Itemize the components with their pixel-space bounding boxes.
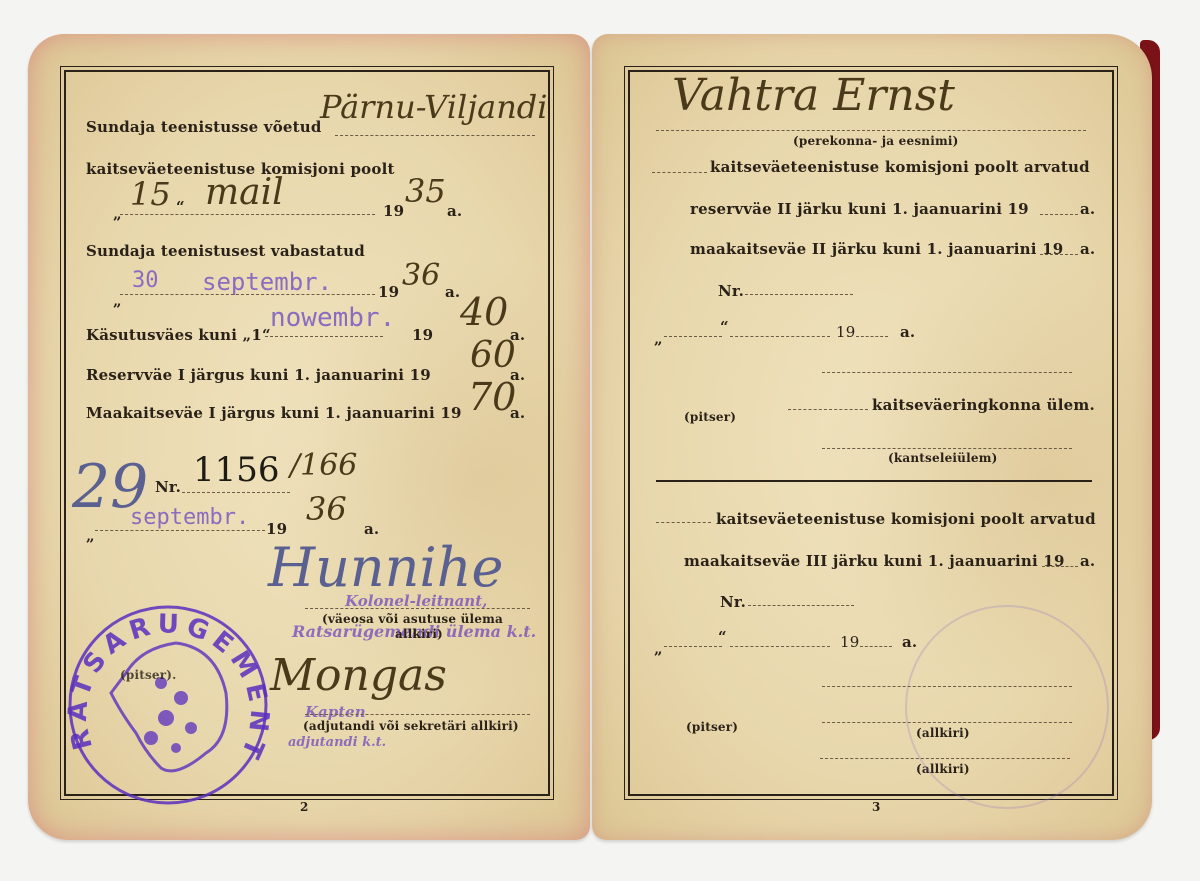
date2-line: [120, 294, 375, 295]
reserve-active-year-prefix: 19: [412, 326, 433, 344]
name-caption: (perekonna- ja eesnimi): [793, 134, 959, 148]
nr2-label: Nr.: [720, 593, 746, 611]
district-commander-title: kaitseväeringkonna ülem.: [872, 396, 1095, 414]
faint-seal: [905, 605, 1109, 809]
homeguard3-line: [1042, 566, 1078, 567]
release-label: Sundaja teenistusest vabastatud: [86, 242, 365, 260]
commission2-line: [656, 522, 711, 523]
date2-day: 30: [132, 268, 159, 293]
commission1-label: kaitseväeteenistuse komisjoni poolt arva…: [710, 158, 1090, 176]
date1-day: 15: [130, 175, 171, 213]
open-quote: „: [86, 527, 95, 545]
section-divider: [656, 480, 1092, 482]
reserve-active-label: Käsutusväes kuni „1“: [86, 326, 271, 344]
date1-year-prefix: 19: [836, 323, 856, 341]
reserve2-line: [1040, 214, 1078, 215]
service-entry-value: Pärnu-Viljandi: [320, 88, 548, 126]
commander-caption-2: allkiri): [395, 627, 443, 641]
reserve2-label: reservväe II järku kuni 1. jaanuarini 19: [690, 200, 1029, 218]
homeguard2-label: maakaitseväe II järku kuni 1. jaanuarini…: [690, 240, 1063, 258]
reserve-active-month: nowembr.: [270, 303, 395, 333]
open-quote: „: [654, 330, 663, 348]
regiment-seal: RATSARUGEMENT: [66, 603, 271, 808]
open-quote: „: [654, 640, 663, 658]
date2-year-prefix: 19: [840, 633, 860, 651]
reserve-active-line: [265, 336, 383, 337]
homeguard2-line: [1040, 254, 1078, 255]
district-line: [788, 409, 868, 410]
issue-year: 36: [306, 490, 347, 528]
seal-icon: RATSARUGEMENT: [66, 603, 271, 808]
commission1-line: [652, 172, 707, 173]
homeguard2-a: a.: [1080, 240, 1095, 258]
name-line: [656, 130, 1086, 131]
date2-year-line: [860, 646, 892, 647]
issue-line: [95, 530, 265, 531]
nr1-line: [745, 294, 853, 295]
service-entry-label: Sundaja teenistusse võetud: [86, 118, 322, 136]
date2-year-prefix: 19: [378, 283, 399, 301]
date1-day-line: [664, 336, 722, 337]
issue-month: septembr.: [130, 505, 249, 530]
date1-line: [120, 214, 375, 215]
page-number-right: 3: [872, 800, 880, 814]
reserve1-year: 60: [470, 335, 516, 376]
date1-month: mail: [205, 172, 284, 213]
nr-line: [182, 492, 290, 493]
date2-month-line: [730, 646, 830, 647]
commander-line: [305, 608, 530, 609]
seal1-caption: (pitser): [684, 410, 736, 424]
seal2-caption: (pitser): [686, 720, 738, 734]
nr-label: Nr.: [155, 478, 181, 496]
date2-a: a.: [902, 633, 917, 651]
nr2-line: [748, 605, 854, 606]
adjutant-stamp-title: adjutandi k.t.: [288, 735, 386, 750]
date2-month: septembr.: [202, 268, 332, 296]
date1-a: a.: [900, 323, 915, 341]
homeguard1-label: Maakaitseväe I järgus kuni 1. jaanuarini…: [86, 404, 462, 422]
date2-day-line: [664, 646, 722, 647]
homeguard3-label: maakaitseväe III järku kuni 1. jaanuarin…: [684, 552, 1065, 570]
reserve2-a: a.: [1080, 200, 1095, 218]
date2-a: a.: [445, 283, 460, 301]
reserve-active-year: 40: [460, 290, 508, 334]
adjutant-line: [305, 714, 530, 715]
date1-year: 35: [405, 172, 446, 210]
close-quote: “: [720, 318, 729, 336]
commander-signature: Hunnihe: [268, 536, 503, 599]
commission2-label: kaitseväeteenistuse komisjoni poolt arva…: [716, 510, 1096, 528]
homeguard1-a: a.: [510, 404, 525, 422]
chancellery-caption: (kantseleiülem): [888, 451, 997, 465]
date1-month-line: [730, 336, 830, 337]
chancellery-line: [822, 448, 1072, 449]
service-entry-line: [335, 135, 535, 136]
date1-year-line: [856, 336, 888, 337]
nr1-label: Nr.: [718, 282, 744, 300]
adjutant-caption: (adjutandi või sekretäri allkiri): [303, 719, 519, 733]
reserve1-label: Reservväe I järgus kuni 1. jaanuarini 19: [86, 366, 431, 384]
holder-name: Vahtra Ernst: [672, 70, 955, 121]
adjutant-signature: Mongas: [270, 650, 447, 701]
nr-suffix: /166: [290, 448, 357, 483]
svg-text:RATSARUGEMENT: RATSARUGEMENT: [66, 609, 271, 768]
close-quote: “: [718, 628, 727, 646]
date1-a: a.: [447, 202, 462, 220]
commander-line: [822, 372, 1072, 373]
seal-caption: (pitser).: [120, 668, 177, 682]
date2-year: 36: [402, 258, 440, 293]
homeguard3-a: a.: [1080, 552, 1095, 570]
nr-value: 1156: [193, 450, 280, 490]
page-number-left: 2: [300, 800, 308, 814]
date1-year-prefix: 19: [383, 202, 404, 220]
